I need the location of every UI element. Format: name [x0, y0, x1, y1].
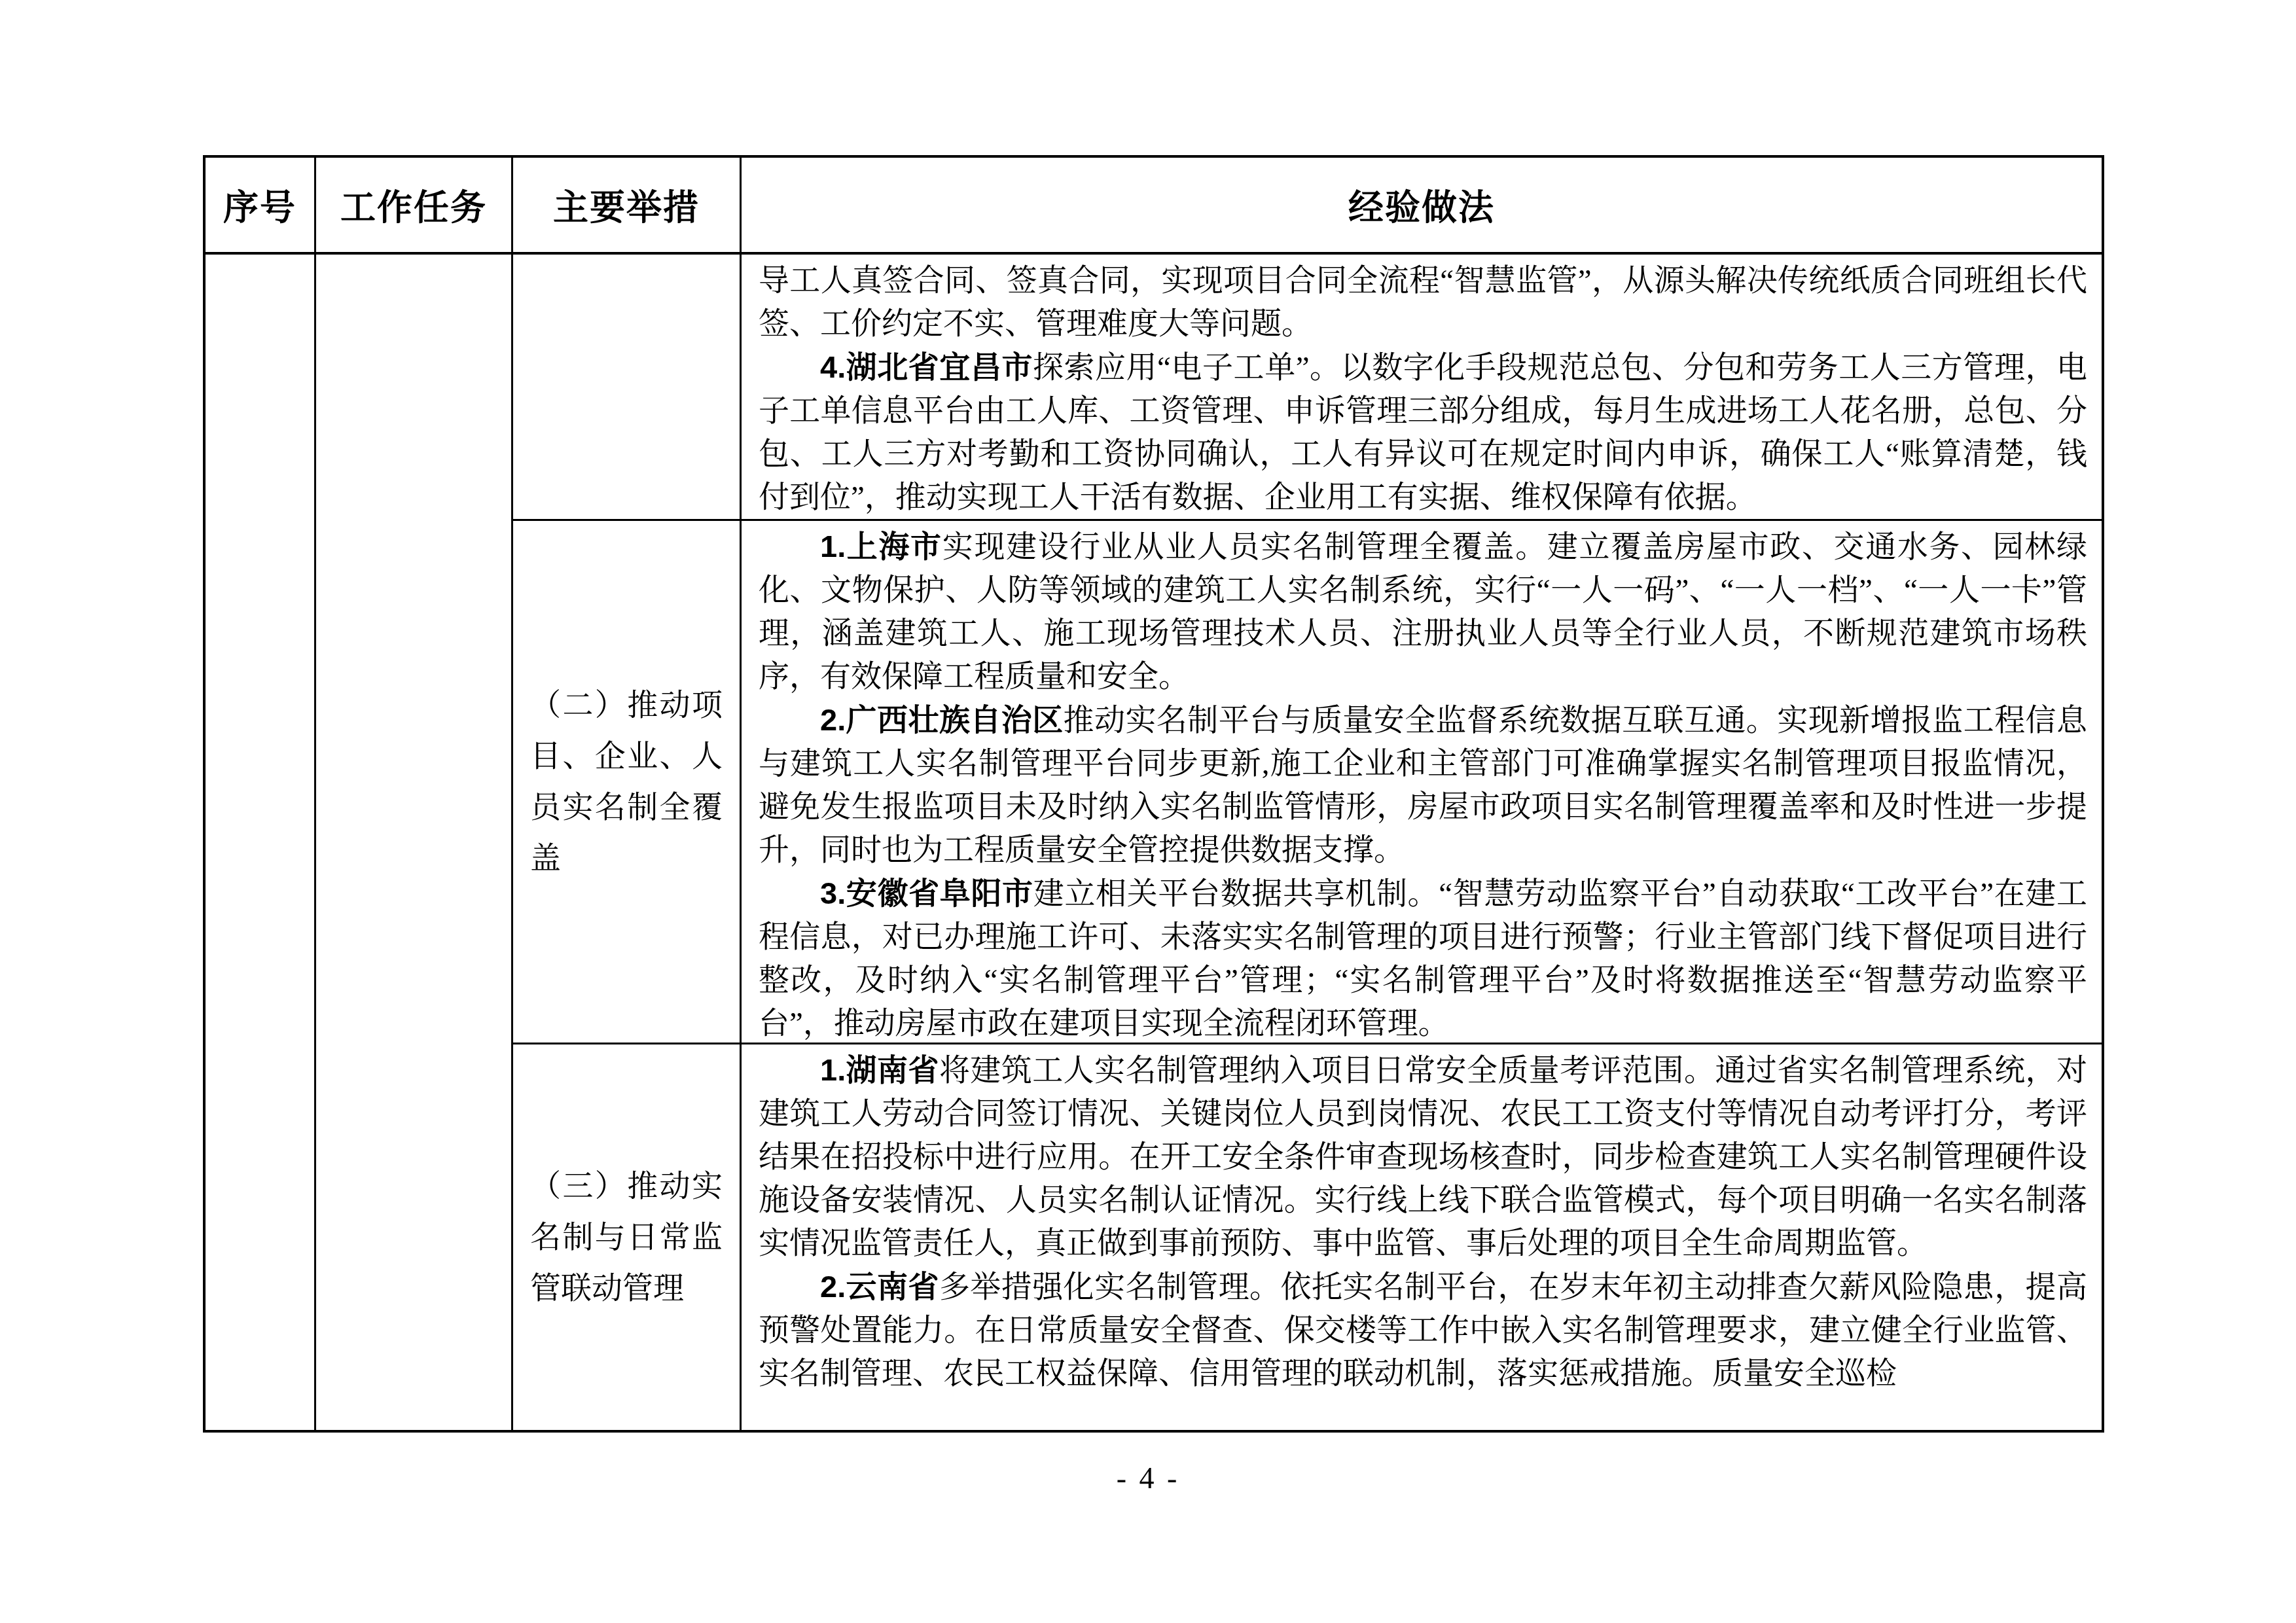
measure-cell-continuation: [513, 255, 742, 521]
cell-task: [316, 255, 513, 1430]
header-label-index: 序号: [223, 180, 296, 230]
cell-index: [206, 255, 316, 1430]
practice-cell-continuation: 导工人真签合同、签真合同，实现项目合同全流程“智慧监管”，从源头解决传统纸质合同…: [742, 255, 2102, 521]
header-cell-practice: 经验做法: [742, 158, 2102, 255]
header-cell-index: 序号: [206, 158, 316, 255]
header-cell-task: 工作任务: [316, 158, 513, 255]
header-label-practice: 经验做法: [1348, 180, 1495, 230]
measure-label: （三）推动实名制与日常监管联动管理: [530, 1161, 723, 1314]
paragraph-text: 导工人真签合同、签真合同，实现项目合同全流程“智慧监管”，从源头解决传统纸质合同…: [759, 264, 2087, 341]
header-label-measure: 主要举措: [553, 180, 700, 230]
province-lead: 2.云南省: [820, 1269, 939, 1304]
paragraph: 1.上海市实现建设行业从业人员实名制管理全覆盖。建立覆盖房屋市政、交通水务、园林…: [759, 525, 2087, 698]
paragraph: 2.云南省多举措强化实名制管理。依托实名制平台，在岁末年初主动排查欠薪风险隐患，…: [759, 1265, 2087, 1395]
paragraph: 导工人真签合同、签真合同，实现项目合同全流程“智慧监管”，从源头解决传统纸质合同…: [759, 259, 2087, 346]
province-lead: 1.上海市: [820, 529, 942, 563]
experience-table: 序号 工作任务 主要举措 经验做法 导工人真签合同、签真合同，实现项目合同全流程…: [203, 155, 2104, 1433]
practice-cell-3: 1.湖南省将建筑工人实名制管理纳入项目日常安全质量考评范围。通过省实名制管理系统…: [742, 1044, 2102, 1430]
measure-cell-3: （三）推动实名制与日常监管联动管理: [513, 1044, 742, 1430]
paragraph: 2.广西壮族自治区推动实名制平台与质量安全监督系统数据互联互通。实现新增报监工程…: [759, 698, 2087, 872]
measure-cell-2: （二）推动项目、企业、人员实名制全覆盖: [513, 521, 742, 1044]
practice-cell-2: 1.上海市实现建设行业从业人员实名制管理全覆盖。建立覆盖房屋市政、交通水务、园林…: [742, 521, 2102, 1044]
province-lead: 1.湖南省: [820, 1052, 939, 1087]
header-label-task: 工作任务: [340, 180, 487, 230]
measure-label: （二）推动项目、企业、人员实名制全覆盖: [530, 680, 723, 884]
paragraph: 4.湖北省宜昌市探索应用“电子工单”。以数字化手段规范总包、分包和劳务工人三方管…: [759, 346, 2087, 519]
paragraph-text: 实现建设行业从业人员实名制管理全覆盖。建立覆盖房屋市政、交通水务、园林绿化、文物…: [759, 530, 2087, 694]
paragraph-text: 将建筑工人实名制管理纳入项目日常安全质量考评范围。通过省实名制管理系统，对建筑工…: [759, 1054, 2087, 1260]
province-lead: 3.安徽省阜阳市: [820, 876, 1033, 910]
page-number: - 4 -: [0, 1461, 2296, 1495]
paragraph-text: 多举措强化实名制管理。依托实名制平台，在岁末年初主动排查欠薪风险隐患，提高预警处…: [759, 1270, 2087, 1391]
header-cell-measure: 主要举措: [513, 158, 742, 255]
document-page: 序号 工作任务 主要举措 经验做法 导工人真签合同、签真合同，实现项目合同全流程…: [0, 0, 2296, 1623]
paragraph: 1.湖南省将建筑工人实名制管理纳入项目日常安全质量考评范围。通过省实名制管理系统…: [759, 1048, 2087, 1265]
province-lead: 2.广西壮族自治区: [820, 702, 1064, 737]
province-lead: 4.湖北省宜昌市: [820, 349, 1033, 384]
paragraph: 3.安徽省阜阳市建立相关平台数据共享机制。“智慧劳动监察平台”自动获取“工改平台…: [759, 872, 2087, 1044]
